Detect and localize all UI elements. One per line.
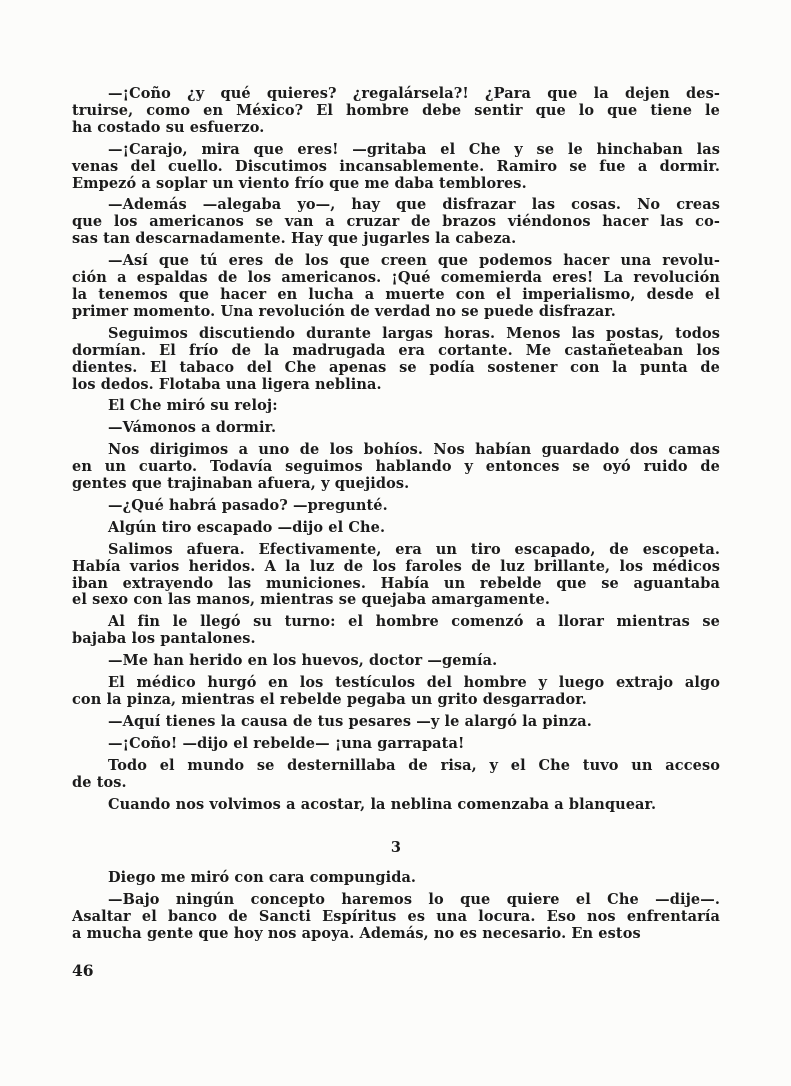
- text-line: Todo el mundo se desternillaba de risa, …: [72, 758, 720, 775]
- text-line: el sexo con las manos, mientras se queja…: [72, 592, 720, 609]
- paragraph: El médico hurgó en los testículos del ho…: [72, 675, 720, 709]
- text-line: Empezó a soplar un viento frío que me da…: [72, 176, 720, 193]
- paragraph: Diego me miró con cara compungida.: [72, 870, 720, 887]
- text-line: sas tan descarnadamente. Hay que jugarle…: [72, 231, 720, 248]
- text-line: El Che miró su reloj:: [72, 398, 720, 415]
- paragraph: —Bajo ningún concepto haremos lo que qui…: [72, 892, 720, 943]
- text-line: Asaltar el banco de Sancti Espíritus es …: [72, 909, 720, 926]
- paragraph: Algún tiro escapado —dijo el Che.: [72, 520, 720, 537]
- text-line: de tos.: [72, 775, 720, 792]
- text-line: primer momento. Una revolución de verdad…: [72, 304, 720, 321]
- text-line: que los americanos se van a cruzar de br…: [72, 214, 720, 231]
- section-heading: 3: [72, 840, 720, 857]
- text-line: la tenemos que hacer en lucha a muerte c…: [72, 287, 720, 304]
- paragraph: —Así que tú eres de los que creen que po…: [72, 253, 720, 321]
- paragraph: Cuando nos volvimos a acostar, la neblin…: [72, 797, 720, 814]
- text-line: —Así que tú eres de los que creen que po…: [72, 253, 720, 270]
- text-line: Diego me miró con cara compungida.: [72, 870, 720, 887]
- text-line: iban extrayendo las municiones. Había un…: [72, 576, 720, 593]
- paragraph: —¡Coño ¿y qué quieres? ¿regalársela?! ¿P…: [72, 86, 720, 137]
- paragraph: Nos dirigimos a uno de los bohíos. Nos h…: [72, 442, 720, 493]
- text-line: truirse, como en México? El hombre debe …: [72, 103, 720, 120]
- text-line: en un cuarto. Todavía seguimos hablando …: [72, 459, 720, 476]
- paragraph: El Che miró su reloj:: [72, 398, 720, 415]
- text-line: El médico hurgó en los testículos del ho…: [72, 675, 720, 692]
- text-line: a mucha gente que hoy nos apoya. Además,…: [72, 926, 720, 943]
- text-line: Cuando nos volvimos a acostar, la neblin…: [72, 797, 720, 814]
- text-line: —¡Carajo, mira que eres! —gritaba el Che…: [72, 142, 720, 159]
- text-line: Seguimos discutiendo durante largas hora…: [72, 326, 720, 343]
- paragraph: —Vámonos a dormir.: [72, 420, 720, 437]
- text-line: los dedos. Flotaba una ligera neblina.: [72, 377, 720, 394]
- paragraph: —Me han herido en los huevos, doctor —ge…: [72, 653, 720, 670]
- book-page: —¡Coño ¿y qué quieres? ¿regalársela?! ¿P…: [0, 0, 791, 1086]
- text-line: Salimos afuera. Efectivamente, era un ti…: [72, 542, 720, 559]
- text-line: —¡Coño! —dijo el rebelde— ¡una garrapata…: [72, 736, 720, 753]
- text-line: ción a espaldas de los americanos. ¡Qué …: [72, 270, 720, 287]
- text-line: dormían. El frío de la madrugada era cor…: [72, 343, 720, 360]
- paragraph: —Además —alegaba yo—, hay que disfrazar …: [72, 197, 720, 248]
- text-line: —Aquí tienes la causa de tus pesares —y …: [72, 714, 720, 731]
- text-line: dientes. El tabaco del Che apenas se pod…: [72, 360, 720, 377]
- text-line: 3: [72, 840, 720, 857]
- paragraph: Al fin le llegó su turno: el hombre come…: [72, 614, 720, 648]
- paragraph: —¿Qué habrá pasado? —pregunté.: [72, 498, 720, 515]
- text-line: Algún tiro escapado —dijo el Che.: [72, 520, 720, 537]
- paragraph: Todo el mundo se desternillaba de risa, …: [72, 758, 720, 792]
- text-line: gentes que trajinaban afuera, y quejidos…: [72, 476, 720, 493]
- paragraph: Seguimos discutiendo durante largas hora…: [72, 326, 720, 394]
- text-line: bajaba los pantalones.: [72, 631, 720, 648]
- text-line: —Bajo ningún concepto haremos lo que qui…: [72, 892, 720, 909]
- text-line: Había varios heridos. A la luz de los fa…: [72, 559, 720, 576]
- text-block: —¡Coño ¿y qué quieres? ¿regalársela?! ¿P…: [72, 86, 720, 948]
- paragraph: Salimos afuera. Efectivamente, era un ti…: [72, 542, 720, 610]
- paragraph: —¡Carajo, mira que eres! —gritaba el Che…: [72, 142, 720, 193]
- text-line: Al fin le llegó su turno: el hombre come…: [72, 614, 720, 631]
- text-line: —¡Coño ¿y qué quieres? ¿regalársela?! ¿P…: [72, 86, 720, 103]
- text-line: venas del cuello. Discutimos incansablem…: [72, 159, 720, 176]
- text-line: Nos dirigimos a uno de los bohíos. Nos h…: [72, 442, 720, 459]
- text-line: —Vámonos a dormir.: [72, 420, 720, 437]
- text-line: con la pinza, mientras el rebelde pegaba…: [72, 692, 720, 709]
- page-number: 46: [72, 961, 94, 980]
- text-line: —¿Qué habrá pasado? —pregunté.: [72, 498, 720, 515]
- text-line: —Además —alegaba yo—, hay que disfrazar …: [72, 197, 720, 214]
- paragraph: —¡Coño! —dijo el rebelde— ¡una garrapata…: [72, 736, 720, 753]
- paragraph: —Aquí tienes la causa de tus pesares —y …: [72, 714, 720, 731]
- text-line: —Me han herido en los huevos, doctor —ge…: [72, 653, 720, 670]
- text-line: ha costado su esfuerzo.: [72, 120, 720, 137]
